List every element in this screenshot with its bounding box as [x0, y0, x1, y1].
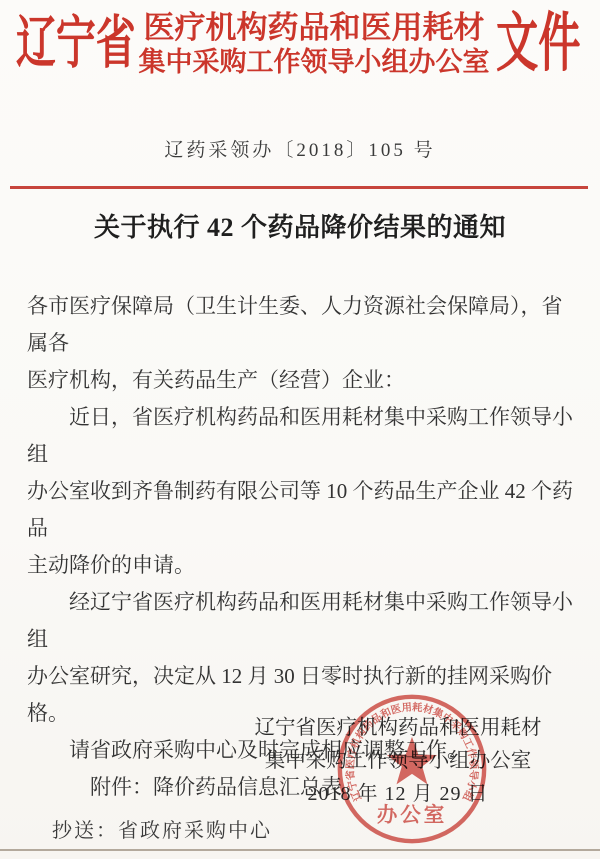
letterhead-org-line2: 集中采购工作领导小组办公室 — [138, 46, 490, 79]
bottom-divider-line — [0, 849, 600, 851]
letterhead-region: 辽宁省 — [16, 8, 138, 80]
letterhead-org-name: 医疗机构药品和医用耗材 集中采购工作领导小组办公室 — [138, 9, 490, 79]
letterhead-document-word-text: 文件 — [496, 6, 580, 82]
letterhead-region-text: 辽宁省 — [16, 8, 136, 80]
official-document-page: 辽宁省 医疗机构药品和医用耗材 集中采购工作领导小组办公室 文件 辽药采领办〔2… — [0, 0, 600, 859]
document-title: 关于执行 42 个药品降价结果的通知 — [0, 207, 600, 244]
letterhead-document-word: 文件 — [496, 6, 584, 82]
signature-date: 2018 年 12 月 29 日 — [248, 778, 548, 811]
red-divider-line — [10, 186, 588, 189]
document-number: 辽药采领办〔2018〕105 号 — [0, 135, 600, 162]
cc-line: 抄送：省政府采购中心 — [52, 814, 272, 843]
signature-block: 辽宁省医疗机构药品和医用耗材 集中采购工作领导小组办公室 2018 年 12 月… — [248, 712, 548, 811]
salutation-paragraph: 各市医疗保障局（卫生计生委、人力资源社会保障局），省属各 医疗机构，有关药品生产… — [27, 288, 578, 399]
letterhead: 辽宁省 医疗机构药品和医用耗材 集中采购工作领导小组办公室 文件 — [0, 6, 600, 82]
signature-org-line1: 辽宁省医疗机构药品和医用耗材 — [248, 712, 548, 745]
letterhead-org-line1: 医疗机构药品和医用耗材 — [138, 9, 490, 46]
body-paragraph-1: 近日，省医疗机构药品和医用耗材集中采购工作领导小组 办公室收到齐鲁制药有限公司等… — [27, 399, 578, 584]
signature-org-line2: 集中采购工作领导小组办公室 — [248, 745, 548, 778]
body-paragraph-2: 经辽宁省医疗机构药品和医用耗材集中采购工作领导小组 办公室研究，决定从 12 月… — [27, 584, 578, 732]
